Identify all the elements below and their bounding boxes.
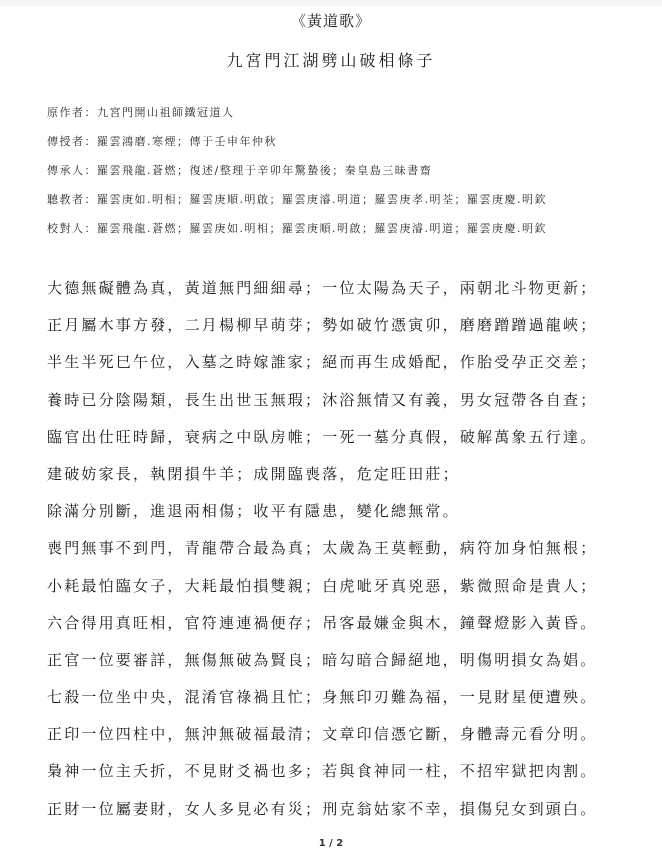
credit-original-author: 原作者：九宮門開山祖師鐵冠道人 bbox=[47, 98, 547, 127]
credit-inheritor: 傳承人：羅雲飛龍.蒼燃；復述/整理于辛卯年驚蟄後；秦皇島三昧書齋 bbox=[47, 156, 547, 185]
verse-line: 除滿分別斷，進退兩相傷；收平有隱患，變化總無常。 bbox=[47, 493, 597, 530]
verse-line: 養時已分陰陽類，長生出世玉無瑕；沐浴無情又有義，男女冠帶各自查； bbox=[47, 382, 597, 419]
verse-line: 正官一位要審詳，無傷無破為賢良；暗勾暗合歸絕地，明傷明損女為娼。 bbox=[47, 642, 597, 679]
document-page: 《黃道歌》 九宮門江湖劈山破相條子 原作者：九宮門開山祖師鐵冠道人 傳授者：羅雲… bbox=[0, 0, 662, 861]
verse-line: 正印一位四柱中，無沖無破福最清；文章印信憑它斷，身體壽元看分明。 bbox=[47, 716, 597, 753]
verse-line: 建破妨家長，執閉損牛羊；成開臨喪落，危定旺田莊； bbox=[47, 456, 597, 493]
document-title: 《黃道歌》 bbox=[0, 10, 662, 31]
verse-line: 六合得用真旺相，官符連連禍便存；吊客最嫌金與木，鐘聲燈影入黃昏。 bbox=[47, 605, 597, 642]
verse-line: 小耗最怕臨女子，大耗最怕損雙親；白虎呲牙真兇惡，紫微照命是貴人； bbox=[47, 568, 597, 605]
verse-line: 梟神一位主夭折，不見財爻禍也多；若與食神同一柱，不招牢獄把肉割。 bbox=[47, 753, 597, 790]
verse-line: 喪門無事不到門，青龍帶合最為真；太歲為王莫輕動，病符加身怕無根； bbox=[47, 530, 597, 567]
verse-body: 大德無礙體為真，黃道無門細細尋；一位太陽為天子，兩朝北斗物更新； 正月屬木事方發… bbox=[47, 270, 597, 828]
credits-block: 原作者：九宮門開山祖師鐵冠道人 傳授者：羅雲鴻磨.寒煙；傳于壬申年仲秋 傳承人：… bbox=[47, 98, 547, 243]
viewer-top-edge bbox=[0, 0, 662, 6]
credit-listeners: 聽教者：羅雲庚如.明相；羅雲庚順.明啟；羅雲庚濬.明道；羅雲庚孝.明荃；羅雲庚慶… bbox=[47, 185, 547, 214]
credit-proofreaders: 校對人：羅雲飛龍.蒼燃；羅雲庚如.明相；羅雲庚順.明啟；羅雲庚濬.明道；羅雲庚慶… bbox=[47, 214, 547, 243]
credit-transmitter: 傳授者：羅雲鴻磨.寒煙；傳于壬申年仲秋 bbox=[47, 127, 547, 156]
verse-line: 正財一位屬妻財，女人多見必有災；刑克翁姑家不幸，損傷兒女到頭白。 bbox=[47, 791, 597, 828]
verse-line: 正月屬木事方發，二月楊柳早萌芽；勢如破竹憑寅卯，磨磨蹭蹭過龍峽； bbox=[47, 307, 597, 344]
document-subtitle: 九宮門江湖劈山破相條子 bbox=[0, 48, 662, 71]
verse-line: 半生半死巳午位，入墓之時嫁誰家；絕而再生成婚配，作胎受孕正交差； bbox=[47, 344, 597, 381]
verse-line: 七殺一位坐中央，混淆官祿禍且忙；身無印刃難為福，一見財星便遭殃。 bbox=[47, 679, 597, 716]
page-indicator: 1 / 2 bbox=[0, 838, 662, 849]
verse-line: 大德無礙體為真，黃道無門細細尋；一位太陽為天子，兩朝北斗物更新； bbox=[47, 270, 597, 307]
verse-line: 臨官出仕旺時歸，衰病之中臥房帷；一死一墓分真假，破解萬象五行達。 bbox=[47, 419, 597, 456]
